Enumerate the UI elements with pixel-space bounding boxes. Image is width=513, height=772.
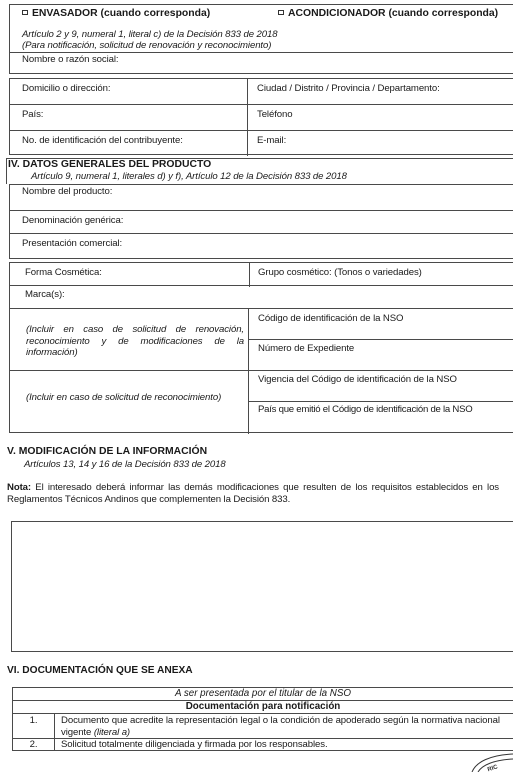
brands-label: Marca(s): (25, 289, 65, 300)
nso-country-field[interactable] (249, 402, 513, 433)
legal-note: (Para notificación, solicitud de renovac… (22, 40, 271, 51)
table-row: 2. Solicitud totalmente diligenciada y f… (12, 739, 513, 751)
divider (10, 52, 513, 53)
svg-text:RIC: RIC (487, 764, 499, 772)
section-4-legal-reference: Artículo 9, numeral 1, literales d) y f)… (31, 171, 347, 182)
table-header: Documentación para notificación (12, 701, 513, 714)
section-5-legal-reference: Artículos 13, 14 y 16 de la Decisión 833… (24, 459, 226, 470)
documentation-table: A ser presentada por el titular de la NS… (12, 687, 513, 762)
email-field[interactable] (248, 131, 513, 156)
city-field[interactable] (248, 79, 513, 104)
nso-validity-field[interactable] (249, 371, 513, 401)
section-5-note: Nota: El interesado deberá informar las … (7, 482, 499, 506)
acondicionador-option[interactable]: ACONDICIONADOR (cuando corresponda) (278, 8, 498, 19)
section-5-title: V. MODIFICACIÓN DE LA INFORMACIÓN (7, 446, 207, 457)
envasador-option[interactable]: ENVASADOR (cuando corresponda) (22, 8, 210, 19)
note-text: El interesado deberá informar las demás … (7, 482, 499, 505)
company-grid: Domicilio o dirección: Ciudad / Distrito… (9, 78, 513, 155)
generic-name-row[interactable]: Denominación genérica: (9, 210, 513, 234)
legal-reference: Artículo 2 y 9, numeral 1, literal c) de… (22, 29, 277, 40)
renewal-block: (Incluir en caso de solicitud de renovac… (9, 308, 513, 371)
row-number: 1. (13, 714, 55, 738)
row-number: 2. (13, 739, 55, 750)
presentation-row[interactable]: Presentación comercial: (9, 233, 513, 259)
product-name-label: Nombre del producto: (22, 186, 112, 197)
product-name-row[interactable]: Nombre del producto: (9, 184, 513, 211)
note-label: Nota: (7, 482, 31, 493)
presentation-label: Presentación comercial: (22, 238, 122, 249)
table-caption: A ser presentada por el titular de la NS… (12, 687, 513, 701)
company-name-label: Nombre o razón social: (22, 54, 118, 65)
section-6-title: VI. DOCUMENTACIÓN QUE SE ANEXA (7, 665, 193, 676)
brands-row[interactable]: Marca(s): (9, 285, 513, 309)
checkbox-icon[interactable] (278, 10, 284, 15)
cosmetic-group-field[interactable] (250, 263, 513, 285)
recognition-note: (Incluir en caso de solicitud de reconoc… (26, 392, 244, 404)
cosmetic-row: Forma Cosmética: Grupo cosmético: (Tonos… (9, 262, 513, 286)
generic-name-label: Denominación genérica: (22, 215, 123, 226)
phone-field[interactable] (248, 105, 513, 130)
row-text: Solicitud totalmente diligenciada y firm… (61, 739, 328, 750)
address-field[interactable] (10, 79, 247, 104)
section-4-header: IV. DATOS GENERALES DEL PRODUCTO Artícul… (6, 158, 513, 184)
nso-code-field[interactable] (249, 309, 513, 339)
cosmetic-form-field[interactable] (10, 263, 249, 285)
checkbox-icon[interactable] (22, 10, 28, 15)
packager-block: ENVASADOR (cuando corresponda) ACONDICIO… (9, 4, 513, 74)
table-row: 1. Documento que acredite la representac… (12, 714, 513, 739)
row-text: Documento que acredite la representación… (61, 715, 513, 738)
official-stamp-icon: RIC (470, 752, 513, 772)
modification-text-area[interactable] (11, 521, 513, 652)
renewal-note: (Incluir en caso de solicitud de renovac… (26, 324, 244, 359)
section-4-title: IV. DATOS GENERALES DEL PRODUCTO (8, 159, 211, 170)
tax-id-field[interactable] (10, 131, 247, 156)
file-number-field[interactable] (249, 340, 513, 371)
country-field[interactable] (10, 105, 247, 130)
recognition-block: (Incluir en caso de solicitud de reconoc… (9, 370, 513, 433)
